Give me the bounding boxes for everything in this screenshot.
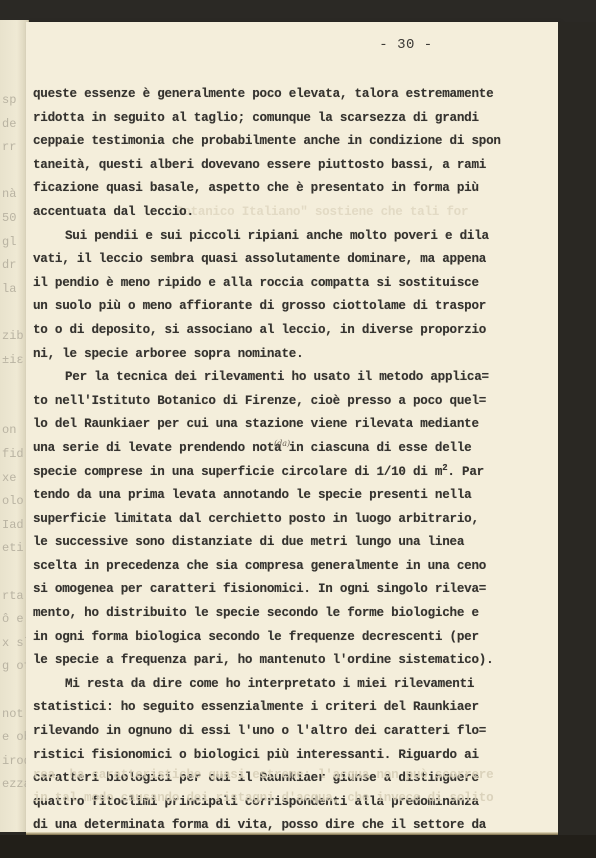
previous-page-fragment: nà: [2, 187, 28, 201]
text-line: to nell'Istituto Botanico di Firenze, ci…: [33, 390, 553, 414]
previous-page-fragment: iroq: [2, 754, 28, 768]
scanner-background-bottom: [0, 835, 596, 858]
previous-page-fragment: ±iε: [2, 353, 28, 367]
previous-page-edge: spderrnà50gldrlazib±iεonfidxeoloIadetirt…: [0, 20, 29, 832]
text-line: Mi resta da dire come ho interpretato i …: [33, 673, 553, 697]
text-line: lo del Raunkiaer per cui una stazione vi…: [33, 413, 553, 437]
text-line: Sui pendii e sui piccoli ripiani anche m…: [33, 225, 553, 249]
previous-page-fragment: 50: [2, 211, 28, 225]
handwritten-note: (da): [274, 439, 290, 448]
bleed-through-bottom: rea, ha caratteristiche quasi estreme: l…: [33, 740, 553, 811]
scanner-background-right: [558, 22, 596, 858]
text-line: specie comprese in una superficie circol…: [33, 461, 553, 485]
previous-page-fragment: not: [2, 707, 28, 721]
text-line: to o di deposito, si associano al leccio…: [33, 319, 553, 343]
previous-page-fragment: rta: [2, 589, 28, 603]
previous-page-fragment: xe: [2, 471, 28, 485]
text-line: queste essenze è generalmente poco eleva…: [33, 83, 553, 107]
previous-page-fragment: de: [2, 117, 28, 131]
text-line: taneità, questi alberi dovevano essere p…: [33, 154, 553, 178]
text-line: in ogni forma biologica secondo le frequ…: [33, 626, 553, 650]
previous-page-fragment: la: [2, 282, 28, 296]
text-line: statistici: ho seguito essenzialmente i …: [33, 696, 553, 720]
previous-page-fragment: eti: [2, 541, 28, 555]
previous-page-fragment: g of: [2, 659, 28, 673]
text-line: le successive sono distanziate di due me…: [33, 531, 553, 555]
page-number: - 30 -: [366, 37, 446, 53]
text-line: ridotta in seguito al taglio; comunque l…: [33, 107, 553, 131]
previous-page-fragment: e ob: [2, 730, 28, 744]
previous-page-fragment: fid: [2, 447, 28, 461]
text-line: ni, le specie arboree sopra nominate.: [33, 343, 553, 367]
body-text: queste essenze è generalmente poco eleva…: [33, 83, 553, 838]
text-line: ceppaie testimonia che probabilmente anc…: [33, 130, 553, 154]
previous-page-fragment: dr: [2, 258, 28, 272]
previous-page-fragment: Iad: [2, 518, 28, 532]
text-line: un suolo più o meno affiorante di grosso…: [33, 295, 553, 319]
text-line: si omogenea per caratteri fisionomici. I…: [33, 578, 553, 602]
previous-page-fragment: rr: [2, 140, 28, 154]
text-line: scelta in precedenza che sia compresa ge…: [33, 555, 553, 579]
previous-page-fragment: gl: [2, 235, 28, 249]
text-line: ficazione quasi basale, aspetto che è pr…: [33, 177, 553, 201]
text-line: una serie di levate prendendo nota in ci…: [33, 437, 553, 461]
previous-page-fragment: ezza: [2, 777, 28, 791]
previous-page-fragment: on: [2, 423, 28, 437]
text-line: Per la tecnica dei rilevamenti ho usato …: [33, 366, 553, 390]
previous-page-fragment: olo: [2, 494, 28, 508]
text-line: mento, ho distribuito le specie secondo …: [33, 602, 553, 626]
previous-page-fragment: sp: [2, 93, 28, 107]
text-line: vati, il leccio sembra quasi assolutamen…: [33, 248, 553, 272]
text-line: superficie limitata dal cerchietto posto…: [33, 508, 553, 532]
text-line: le specie a frequenza pari, ho mantenuto…: [33, 649, 553, 673]
scanner-background-top: [0, 0, 596, 24]
previous-page-fragment: ô e: [2, 612, 28, 626]
text-line: il pendio è meno ripido e alla roccia co…: [33, 272, 553, 296]
text-line: tendo da una prima levata annotando le s…: [33, 484, 553, 508]
document-page: - 30 - Botanico Italiano" sostiene che t…: [26, 22, 558, 835]
text-line: accentuata dal leccio.: [33, 201, 553, 225]
previous-page-fragment: zib: [2, 329, 28, 343]
previous-page-fragment: x sl: [2, 636, 28, 650]
